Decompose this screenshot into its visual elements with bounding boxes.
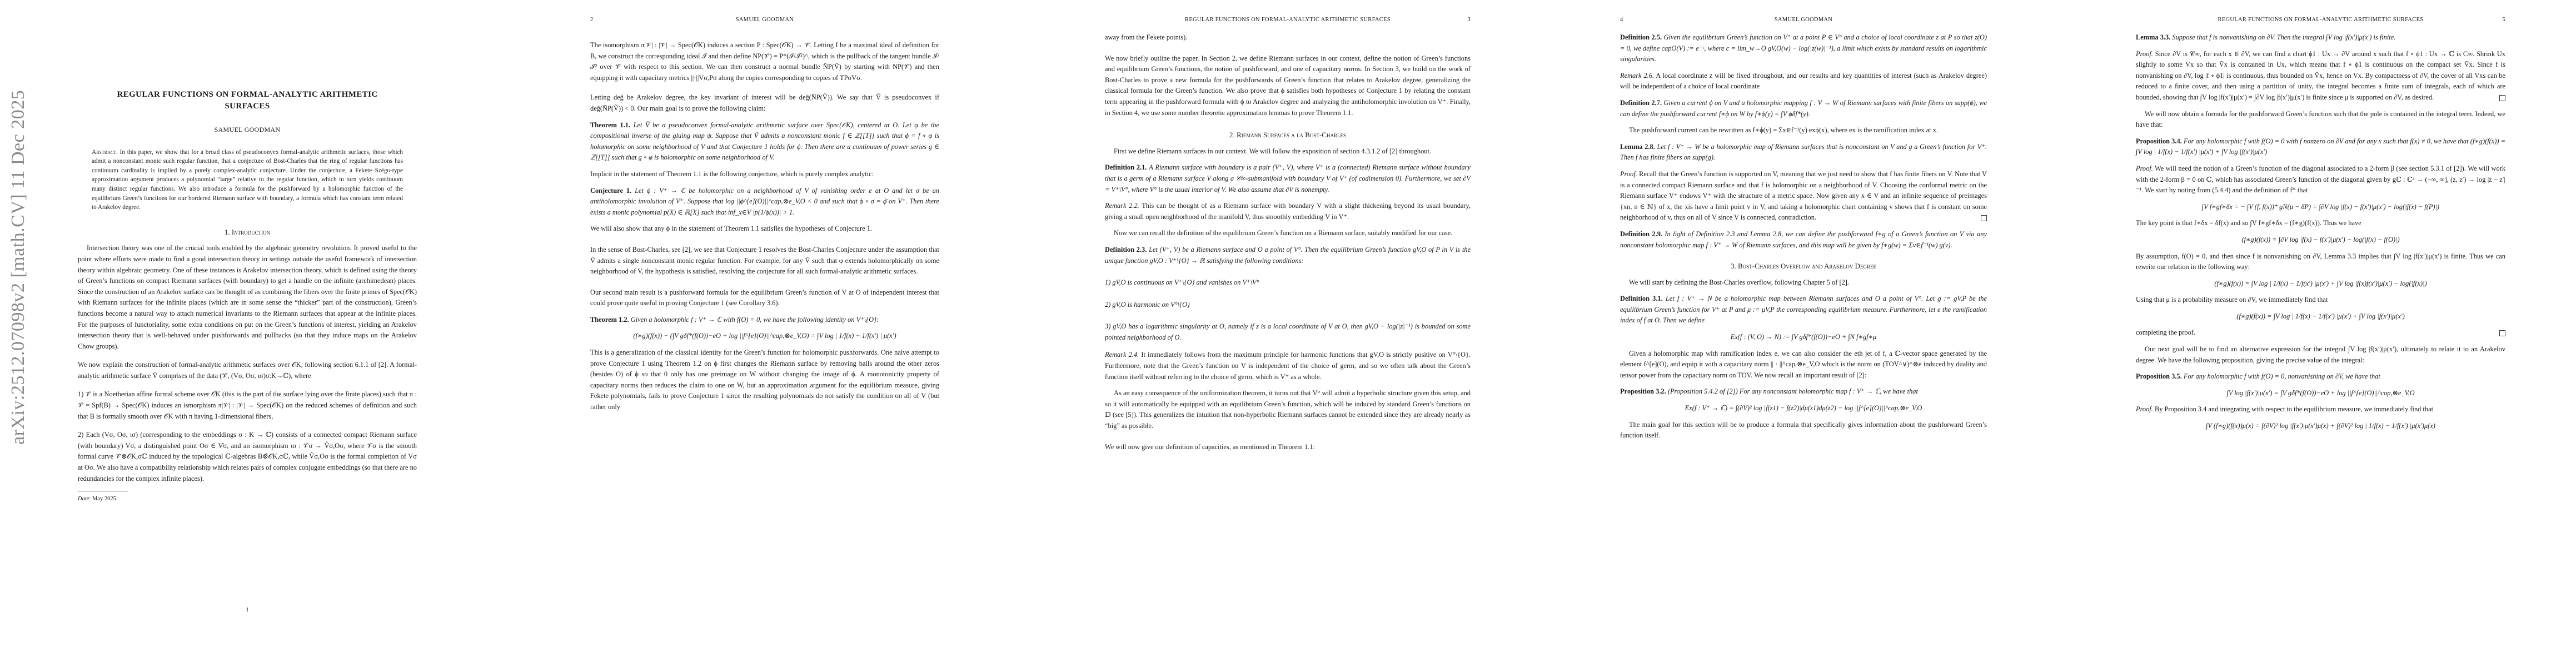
qed-square-icon — [2499, 95, 2505, 101]
abstract-text: In this paper, we show that for a broad … — [92, 149, 403, 211]
proof-lemma-2-8: Proof. Recall that the Green’s function … — [1620, 169, 1987, 223]
definition-label: Definition 2.5. — [1620, 33, 1662, 41]
lemma-2-8: Lemma 2.8. Let f : V⁺ → W be a holomorph… — [1620, 142, 1987, 163]
lemma-text: Let f : V⁺ → W be a holomorphic map of R… — [1620, 143, 1987, 162]
definition-label: Definition 2.3. — [1105, 246, 1147, 253]
page-2-body: The isomorphism π|𝒱| : |𝒱| → Spec(𝒪K) in… — [590, 40, 939, 419]
conjecture-text: Let ϕ : V⁺ → ℂ be holomorphic on a neigh… — [590, 187, 939, 216]
page-1-body: REGULAR FUNCTIONS ON FORMAL-ANALYTIC ARI… — [78, 89, 417, 505]
page-5-body: Lemma 3.3. Suppose that f is nonvanishin… — [2136, 32, 2505, 437]
section-heading-bost-charles-overflow: 3. Bost-Charles Overflow and Arakelov De… — [1620, 261, 1987, 272]
paragraph: Our next goal will be to find an alterna… — [2136, 344, 2505, 366]
definition-2-3: Definition 2.3. Let (V⁺, V) be a Riemann… — [1105, 245, 1471, 266]
condition-item: 1) gV,O is continuous on V⁺\{O} and vani… — [1105, 277, 1471, 288]
remark-label: Remark 2.4. — [1105, 351, 1139, 359]
remark-2-4: Remark 2.4. It immediately follows from … — [1105, 350, 1471, 382]
theorem-1-1: Theorem 1.1. Let Ṽ be a pseudoconvex for… — [590, 120, 939, 163]
lemma-label: Lemma 2.8. — [1620, 143, 1655, 151]
remark-text: A local coordinate z will be fixed throu… — [1620, 72, 1987, 91]
paragraph: The main goal for this section will be t… — [1620, 420, 1987, 441]
page-number: 1 — [78, 605, 417, 616]
proposition-text: For any holomorphic f with f(O) = 0 with… — [2136, 137, 2505, 156]
lemma-3-3: Lemma 3.3. Suppose that f is nonvanishin… — [2136, 32, 2505, 43]
proof-lemma-3-3: Proof. Since ∂V is 𝒞∞, for each x ∈ ∂V, … — [2136, 49, 2505, 103]
paragraph: Given a holomorphic map with ramificatio… — [1620, 349, 1987, 381]
remark-2-2: Remark 2.2. This can be thought of as a … — [1105, 201, 1471, 222]
paragraph: First we define Riemann surfaces in our … — [1105, 146, 1471, 157]
proof-text: We will need the notion of a Green’s fun… — [2136, 165, 2505, 194]
equation: (f∗g)(f(x)) = ∫∂V log |f(x) − f(x′)|μ(x′… — [2136, 235, 2505, 246]
running-author: SAMUEL GOODMAN — [1620, 14, 1987, 26]
proposition-3-5: Proposition 3.5. For any holomorphic f w… — [2136, 371, 2505, 382]
paragraph: completing the proof. — [2136, 327, 2505, 339]
paper-title-line-1: REGULAR FUNCTIONS ON FORMAL-ANALYTIC ARI… — [78, 89, 417, 101]
proposition-text: For any holomorphic f with f(O) = 0, non… — [2184, 372, 2380, 380]
definition-text: Let f : V⁺ → N be a holomorphic map betw… — [1620, 295, 1987, 324]
remark-label: Remark 2.2. — [1105, 202, 1139, 210]
running-header: REGULAR FUNCTIONS ON FORMAL-ANALYTIC ARI… — [2136, 14, 2505, 23]
footnote-rule — [78, 491, 128, 491]
definition-label: Definition 3.1. — [1620, 295, 1663, 302]
paper-author: SAMUEL GOODMAN — [78, 125, 417, 136]
section-heading-riemann-surfaces: 2. Riemann Surfaces a la Bost-Charles — [1105, 130, 1471, 141]
theorem-text: Given a holomorphic f : V⁺ → ℂ with f(O)… — [631, 316, 879, 323]
paragraph: We will also show that any ϕ in the stat… — [590, 223, 939, 235]
page-4: 4 SAMUEL GOODMAN Definition 2.5. Given t… — [1620, 0, 1987, 667]
definition-2-1: Definition 2.1. A Riemann surface with b… — [1105, 162, 1471, 195]
definition-3-1: Definition 3.1. Let f : V⁺ → N be a holo… — [1620, 293, 1987, 326]
paragraph: In the sense of Bost-Charles, see [2], w… — [590, 245, 939, 277]
definition-text: Given the equilibrium Green’s function o… — [1620, 33, 1987, 63]
lemma-label: Lemma 3.3. — [2136, 33, 2170, 41]
proposition-label: Proposition 3.5. — [2136, 372, 2182, 380]
running-header: 4 SAMUEL GOODMAN — [1620, 14, 1987, 23]
paragraph: This is a generalization of the classica… — [590, 347, 939, 413]
paragraph: Letting deĝ be Arakelov degree, the key … — [590, 92, 939, 114]
running-header: 2 SAMUEL GOODMAN — [590, 14, 939, 23]
abstract: Abstract. In this paper, we show that fo… — [92, 148, 403, 212]
paragraph: The isomorphism π|𝒱| : |𝒱| → Spec(𝒪K) in… — [590, 40, 939, 83]
definition-2-5: Definition 2.5. Given the equilibrium Gr… — [1620, 32, 1987, 65]
theorem-label: Theorem 1.2. — [590, 316, 629, 323]
conjecture-1: Conjecture 1. Let ϕ : V⁺ → ℂ be holomorp… — [590, 186, 939, 218]
definition-2-7: Definition 2.7. Given a current ϕ on V a… — [1620, 98, 1987, 120]
proof-text: Recall that the Green’s function is supp… — [1620, 170, 1987, 221]
proof-proposition-3-4: Proof. We will need the notion of a Gree… — [2136, 163, 2505, 196]
running-author: SAMUEL GOODMAN — [590, 14, 939, 26]
equation: (f∗g)(f(x)) = ∫V log | 1/f(x) − 1/f(x′) … — [2136, 278, 2505, 290]
paragraph: As an easy consequence of the uniformiza… — [1105, 388, 1471, 431]
proof-label: Proof. — [2136, 405, 2153, 413]
paragraph: Implicit in the statement of Theorem 1.1… — [590, 169, 939, 180]
paragraph: We now briefly outline the paper. In Sec… — [1105, 53, 1471, 119]
definition-label: Definition 2.7. — [1620, 99, 1662, 107]
footnote-label: Date — [78, 496, 89, 502]
equation: Ex(f : (V, O) → N) := ∫V gδf*(f(O))−eO +… — [1620, 332, 1987, 343]
running-title: REGULAR FUNCTIONS ON FORMAL-ANALYTIC ARI… — [2136, 14, 2505, 26]
proof-label: Proof. — [1620, 170, 1637, 178]
definition-label: Definition 2.9. — [1620, 230, 1662, 238]
paragraph: The pushforward current can be rewritten… — [1620, 125, 1987, 136]
page-number: 3 — [1467, 14, 1471, 26]
definition-text: Let (V⁺, V) be a Riemann surface and O a… — [1105, 246, 1471, 265]
paragraph: By assumption, f(O) = 0, and then since … — [2136, 251, 2505, 273]
lemma-text: Suppose that f is nonvanishing on ∂V. Th… — [2172, 33, 2395, 41]
definition-label: Definition 2.1. — [1105, 163, 1147, 171]
list-item: 2) Each (Vσ, Oσ, ισ) (corresponding to t… — [78, 430, 417, 484]
paragraph: We will now obtain a formula for the pus… — [2136, 109, 2505, 131]
proof-text: Since ∂V is 𝒞∞, for each x ∈ ∂V, we can … — [2136, 50, 2505, 101]
proof-label: Proof. — [2136, 165, 2153, 172]
paragraph: We will start by defining the Bost-Charl… — [1620, 277, 1987, 288]
paper-title-line-2: SURFACES — [78, 101, 417, 112]
abstract-label: Abstract. — [92, 149, 118, 156]
condition-item: 2) gV,O is harmonic on V°\{O} — [1105, 300, 1471, 311]
running-title: REGULAR FUNCTIONS ON FORMAL-ANALYTIC ARI… — [1105, 14, 1471, 26]
qed-square-icon — [1981, 215, 1987, 221]
paragraph: Now we can recall the definition of the … — [1105, 228, 1471, 239]
condition-item: 3) gV,O has a logarithmic singularity at… — [1105, 321, 1471, 343]
page-3: REGULAR FUNCTIONS ON FORMAL-ANALYTIC ARI… — [1105, 0, 1471, 667]
equation: (f∗g)(f(x)) − (∫V gδf*(f(O))−eO + log ||… — [590, 331, 939, 342]
proof-label: Proof. — [2136, 50, 2153, 58]
definition-2-9: Definition 2.9. In light of Definition 2… — [1620, 229, 1987, 251]
paragraph: away from the Fekete points). — [1105, 32, 1471, 43]
arxiv-stamp-text: arXiv:2512.07098v2 [math.CV] 11 Dec 2025 — [8, 90, 29, 445]
definition-text: In light of Definition 2.3 and Lemma 2.8… — [1620, 230, 1987, 249]
proof-proposition-3-5: Proof. By Proposition 3.4 and integratin… — [2136, 404, 2505, 415]
proposition-3-2: Proposition 3.2. (Proposition 5.4.2 of [… — [1620, 386, 1987, 397]
definition-text: Given a current ϕ on V and a holomorphic… — [1620, 99, 1987, 118]
paragraph: Our second main result is a pushforward … — [590, 287, 939, 309]
proof-text: By Proposition 3.4 and integrating with … — [2155, 405, 2433, 413]
remark-text: This can be thought of as a Riemann surf… — [1105, 202, 1471, 221]
remark-label: Remark 2.6. — [1620, 72, 1654, 79]
proposition-label: Proposition 3.2. — [1620, 387, 1666, 395]
paper-title: REGULAR FUNCTIONS ON FORMAL-ANALYTIC ARI… — [78, 89, 417, 112]
page-3-body: away from the Fekete points). We now bri… — [1105, 32, 1471, 458]
conjecture-label: Conjecture 1. — [590, 187, 631, 195]
page-2: 2 SAMUEL GOODMAN The isomorphism π|𝒱| : … — [590, 0, 939, 667]
proposition-text: (Proposition 5.4.2 of [2]) For any nonco… — [1668, 387, 1918, 395]
definition-text: A Riemann surface with boundary is a pai… — [1105, 163, 1471, 193]
proposition-label: Proposition 3.4. — [2136, 137, 2182, 145]
paragraph: The key point is that f∗δx = δf(x) and s… — [2136, 218, 2505, 229]
remark-2-6: Remark 2.6. A local coordinate z will be… — [1620, 71, 1987, 92]
page-5: REGULAR FUNCTIONS ON FORMAL-ANALYTIC ARI… — [2136, 0, 2505, 667]
remark-text: It immediately follows from the maximum … — [1105, 351, 1471, 380]
paragraph: We will now give our definition of capac… — [1105, 442, 1471, 453]
section-heading-introduction: 1. Introduction — [78, 227, 417, 238]
paragraph: We now explain the construction of forma… — [78, 360, 417, 381]
theorem-label: Theorem 1.1. — [590, 121, 630, 129]
page-1: REGULAR FUNCTIONS ON FORMAL-ANALYTIC ARI… — [78, 0, 417, 667]
paragraph: Intersection theory was one of the cruci… — [78, 243, 417, 352]
page-4-body: Definition 2.5. Given the equilibrium Gr… — [1620, 32, 1987, 447]
list-item: 1) 𝒱̂ is a Noetherian affine formal sche… — [78, 389, 417, 422]
equation: ∫V f∗gf∗δx = − ∫V (f, f(x))* gN(μ − δP) … — [2136, 202, 2505, 213]
footnote: Date: May 2025. — [78, 494, 417, 505]
equation: Ex(f : V⁺ → ℂ) = ∫(∂V)² log |f(z1) − f(z… — [1620, 403, 1987, 414]
equation: (f∗g)(f(x)) = ∫V log | 1/f(x) − 1/f(x′) … — [2136, 311, 2505, 322]
theorem-1-2: Theorem 1.2. Given a holomorphic f : V⁺ … — [590, 315, 939, 326]
equation: ∫V (f∗g)(f(x))μ(x) = ∫(∂V)² log |f(x′)|μ… — [2136, 421, 2505, 432]
paragraph: Using that μ is a probability measure on… — [2136, 295, 2505, 306]
theorem-text: Let Ṽ be a pseudoconvex formal-analytic … — [590, 121, 939, 162]
qed-square-icon — [2499, 330, 2505, 336]
equation: ∫V log |f(x′)|μ(x′) = ∫V gδf*(f(O))−eO +… — [2136, 388, 2505, 399]
footnote-text: : May 2025. — [89, 496, 117, 502]
proof-end-text: completing the proof. — [2136, 328, 2195, 336]
proposition-3-4: Proposition 3.4. For any holomorphic f w… — [2136, 136, 2505, 158]
page-number: 5 — [2502, 14, 2505, 26]
running-header: REGULAR FUNCTIONS ON FORMAL-ANALYTIC ARI… — [1105, 14, 1471, 23]
